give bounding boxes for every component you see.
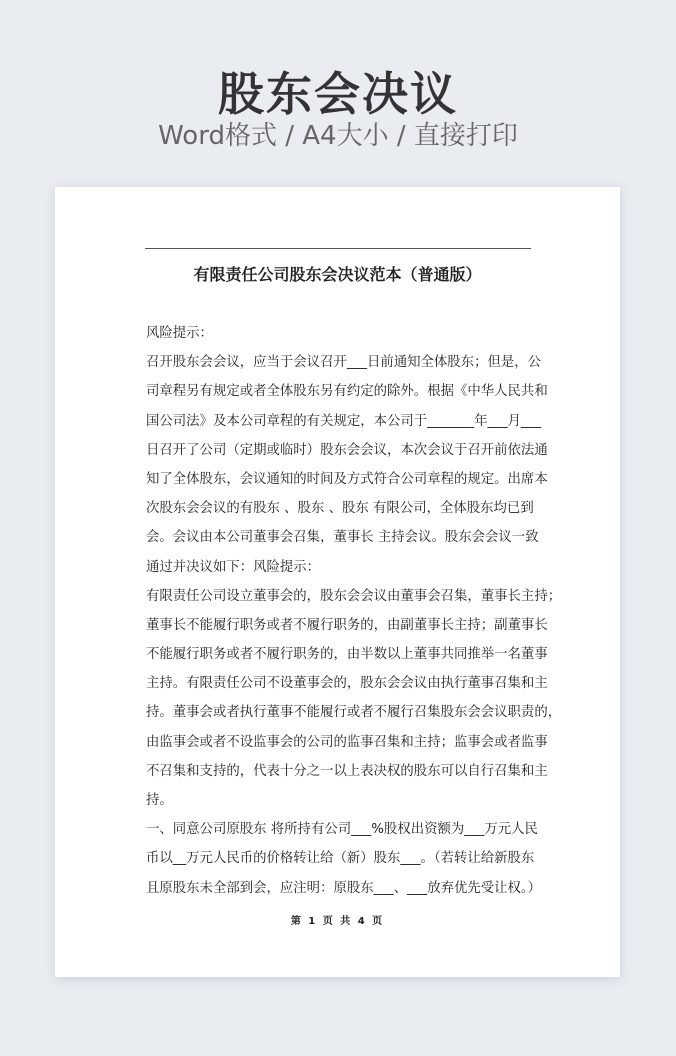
body-line: 日召开了公司（定期或临时）股东会会议，本次会议于召开前依法通: [146, 436, 546, 465]
body-line: 币以__万元人民币的价格转让给（新）股东___。（若转让给新股东: [146, 844, 546, 873]
body-line: 持。: [146, 786, 546, 815]
body-line: 国公司法》及本公司章程的有关规定，本公司于_______年___月___: [146, 407, 546, 436]
body-line: 董事长不能履行职务或者不履行职务的，由副董事长主持；副董事长: [146, 611, 546, 640]
body-line: 不能履行职务或者不履行职务的，由半数以上董事共同推举一名董事: [146, 640, 546, 669]
body-line: 会。会议由本公司董事会召集，董事长 主持会议。股东会会议一致: [146, 523, 546, 552]
body-line: 主持。有限责任公司不设董事会的，股东会会议由执行董事召集和主: [146, 669, 546, 698]
body-line: 由监事会或者不设监事会的公司的监事召集和主持；监事会或者监事: [146, 728, 546, 757]
body-line: 一、同意公司原股东 将所持有公司___%股权出资额为___万元人民: [146, 815, 546, 844]
body-line: 通过并决议如下：风险提示：: [146, 553, 546, 582]
document-body: 风险提示： 召开股东会会议，应当于会议召开___日前通知全体股东；但是，公 司章…: [146, 319, 546, 903]
body-line: 司章程另有规定或者全体股东另有约定的除外。根据《中华人民共和: [146, 377, 546, 406]
body-line: 知了全体股东，会议通知的时间及方式符合公司章程的规定。出席本: [146, 465, 546, 494]
body-line: 持。董事会或者执行董事不能履行或者不履行召集股东会会议职责的，: [146, 698, 546, 727]
body-line: 次股东会会议的有股东 、股东 、股东 有限公司，全体股东均已到: [146, 494, 546, 523]
hero-subtitle: Word格式 / A4大小 / 直接打印: [0, 118, 676, 154]
body-line: 不召集和支持的，代表十分之一以上表决权的股东可以自行召集和主: [146, 757, 546, 786]
document-page: 有限责任公司股东会决议范本（普通版） 风险提示： 召开股东会会议，应当于会议召开…: [55, 187, 620, 977]
header-rule: [145, 248, 531, 249]
page-number: 第 1 页 共 4 页: [55, 912, 620, 927]
body-line: 风险提示：: [146, 319, 546, 348]
body-line: 且原股东未全部到会，应注明：原股东___、___放弃优先受让权。）: [146, 874, 546, 903]
body-line: 召开股东会会议，应当于会议召开___日前通知全体股东；但是，公: [146, 348, 546, 377]
body-line: 有限责任公司设立董事会的，股东会会议由董事会召集，董事长主持；: [146, 582, 546, 611]
hero-title: 股东会决议: [0, 66, 676, 122]
document-title: 有限责任公司股东会决议范本（普通版）: [55, 263, 620, 287]
